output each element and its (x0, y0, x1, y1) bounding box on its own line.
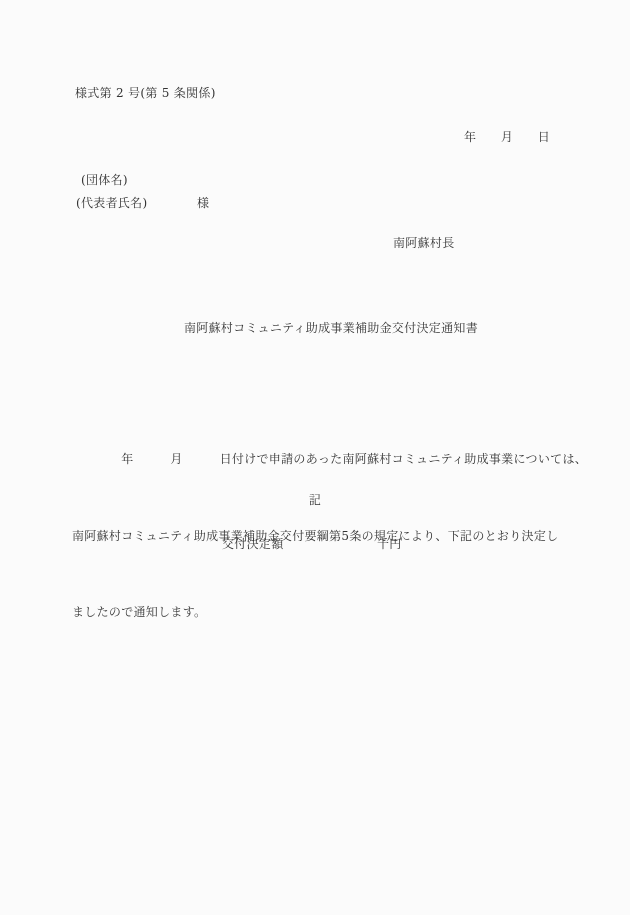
note-marker: 記 (0, 491, 630, 508)
date-line: 年 月 日 (464, 128, 550, 145)
amount-unit: 千円 (377, 535, 402, 552)
document-page: 様式第 2 号(第 5 条関係) 年 月 日 (団体名) (代表者氏名) 様 南… (0, 0, 630, 915)
sender-title: 南阿蘇村長 (393, 234, 455, 251)
addressee-rep-label: (代表者氏名) (76, 194, 147, 211)
body-line-1: 年 月 日付けで申請のあった南阿蘇村コミュニティ助成事業については、 (72, 447, 572, 473)
addressee-honorific: 様 (197, 194, 209, 211)
body-line-2: 南阿蘇村コミュニティ助成事業補助金交付要綱第5条の規定により、下記のとおり決定し (72, 524, 572, 550)
body-line-3: ましたので通知します。 (72, 600, 572, 626)
body-paragraph: 年 月 日付けで申請のあった南阿蘇村コミュニティ助成事業については、 南阿蘇村コ… (72, 396, 572, 677)
addressee-org-label: (団体名) (81, 171, 128, 188)
form-number: 様式第 2 号(第 5 条関係) (75, 84, 216, 101)
document-title: 南阿蘇村コミュニティ助成事業補助金交付決定通知書 (184, 319, 478, 336)
amount-label: 交付決定額 (222, 535, 284, 552)
